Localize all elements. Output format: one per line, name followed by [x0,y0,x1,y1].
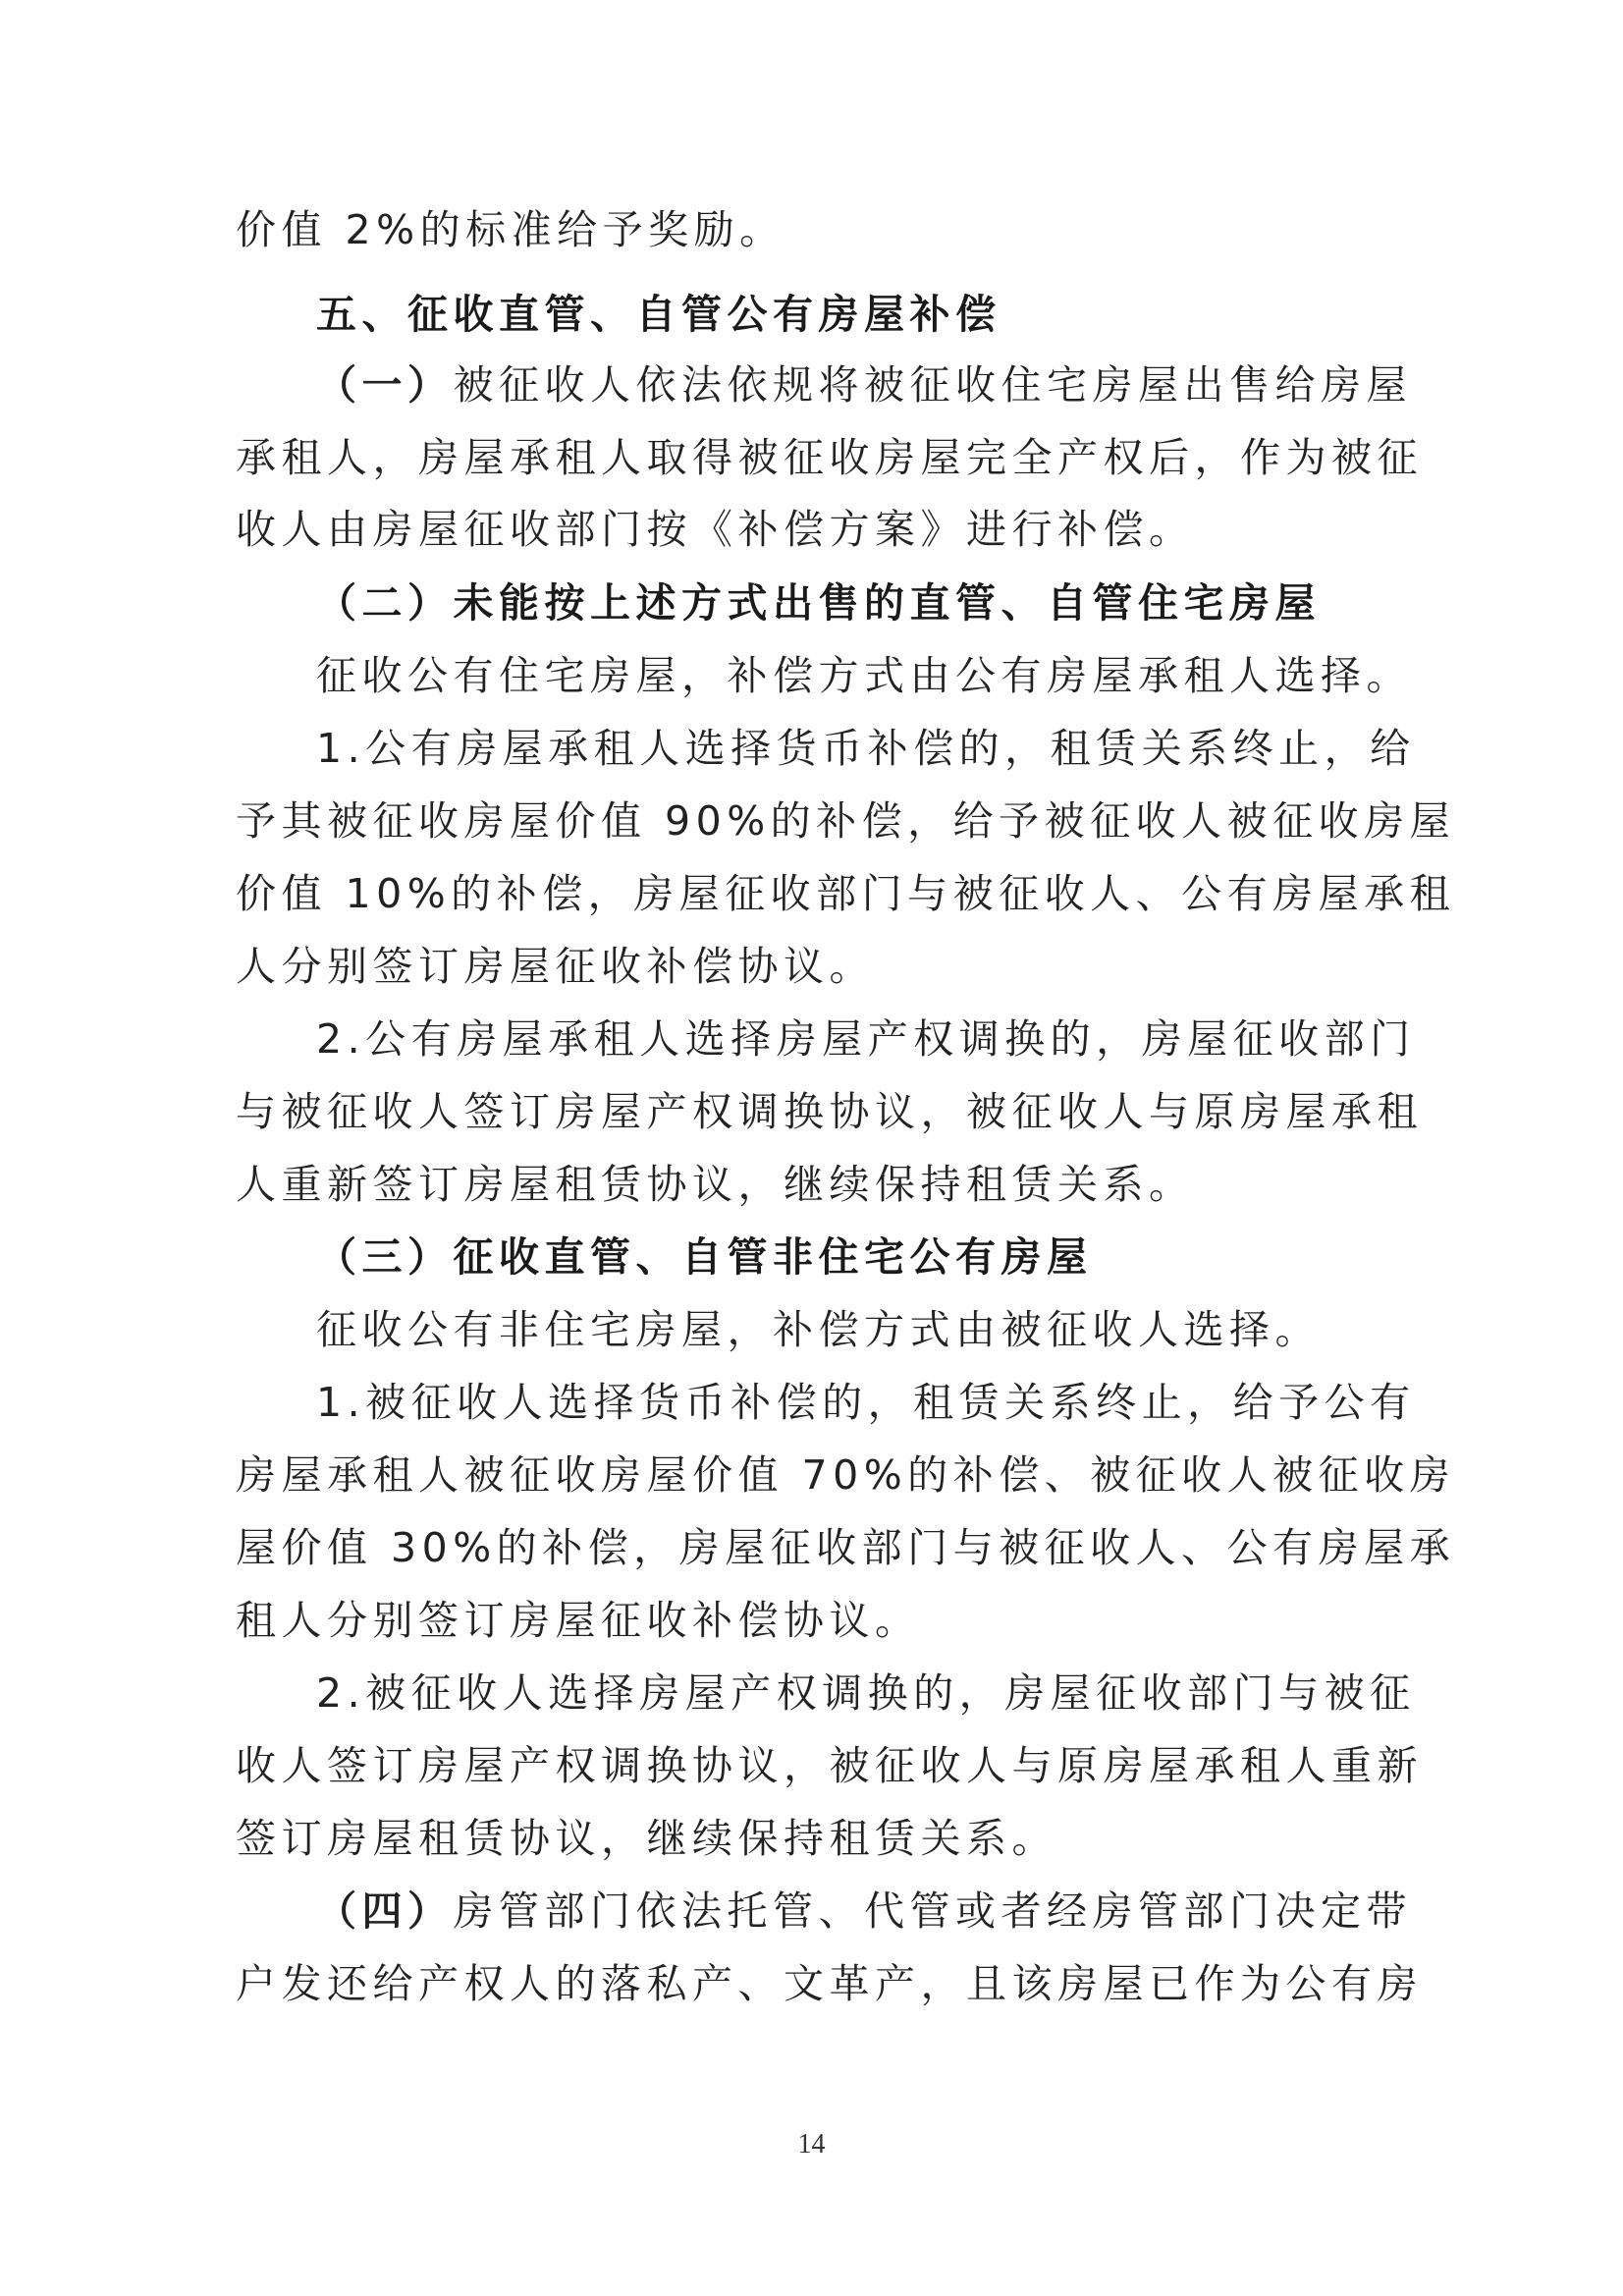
paragraph-line: 与被征收人签订房屋产权调换协议，被征收人与原房屋承租 [236,1088,1375,1135]
paragraph-line: 价值 10%的补偿，房屋征收部门与被征收人、公有房屋承租 [236,870,1375,917]
paragraph-line: 租人分别签订房屋征收补偿协议。 [236,1597,1375,1644]
paragraph-line: 2.公有房屋承租人选择房屋产权调换的，房屋征收部门 [316,1015,1455,1063]
paragraph-line: 价值 2%的标准给予奖励。 [236,206,1375,253]
paragraph-line: 1.公有房屋承租人选择货币补偿的，租赁关系终止，给 [316,725,1455,772]
paragraph-line: 收人由房屋征收部门按《补偿方案》进行补偿。 [236,506,1375,553]
paragraph-line: 人分别签订房屋征收补偿协议。 [236,943,1375,990]
line-text: 房管部门依法托管、代管或者经房管部门决定带 [454,1887,1413,1935]
paragraph-line: 承租人，房屋承租人取得被征收房屋完全产权后，作为被征 [236,434,1375,481]
section-heading: （三）征收直管、自管非住宅公有房屋 [316,1233,1455,1281]
paragraph-line: 征收公有住宅房屋，补偿方式由公有房屋承租人选择。 [316,652,1455,699]
document-page: 价值 2%的标准给予奖励。五、征收直管、自管公有房屋补偿（一）被征收人依法依规将… [0,0,1623,2296]
paragraph-line: 收人签订房屋产权调换协议，被征收人与原房屋承租人重新 [236,1742,1375,1789]
paragraph-line: （四）房管部门依法托管、代管或者经房管部门决定带 [316,1887,1455,1935]
paragraph-line: 屋价值 30%的补偿，房屋征收部门与被征收人、公有房屋承 [236,1524,1375,1571]
paragraph-line: 1.被征收人选择货币补偿的，租赁关系终止，给予公有 [316,1379,1455,1426]
paragraph-line: 签订房屋租赁协议，继续保持租赁关系。 [236,1815,1375,1862]
paragraph-line: 予其被征收房屋价值 90%的补偿，给予被征收人被征收房屋 [236,797,1375,845]
paragraph-line: 房屋承租人被征收房屋价值 70%的补偿、被征收人被征收房 [236,1451,1375,1499]
line-text: 被征收人依法依规将被征收住宅房屋出售给房屋 [454,361,1413,409]
paragraph-line: 征收公有非住宅房屋，补偿方式由被征收人选择。 [316,1306,1455,1353]
paragraph-line: 户发还给产权人的落私产、文革产，且该房屋已作为公有房 [236,1960,1375,2007]
item-marker: （一） [316,361,454,409]
item-marker: （四） [316,1887,454,1935]
page-number: 14 [0,2129,1623,2160]
section-heading: （二）未能按上述方式出售的直管、自管住宅房屋 [316,579,1455,627]
section-heading: 五、征收直管、自管公有房屋补偿 [316,291,1455,338]
paragraph-line: （一）被征收人依法依规将被征收住宅房屋出售给房屋 [316,361,1455,409]
paragraph-line: 人重新签订房屋租赁协议，继续保持租赁关系。 [236,1161,1375,1208]
paragraph-line: 2.被征收人选择房屋产权调换的，房屋征收部门与被征 [316,1669,1455,1717]
